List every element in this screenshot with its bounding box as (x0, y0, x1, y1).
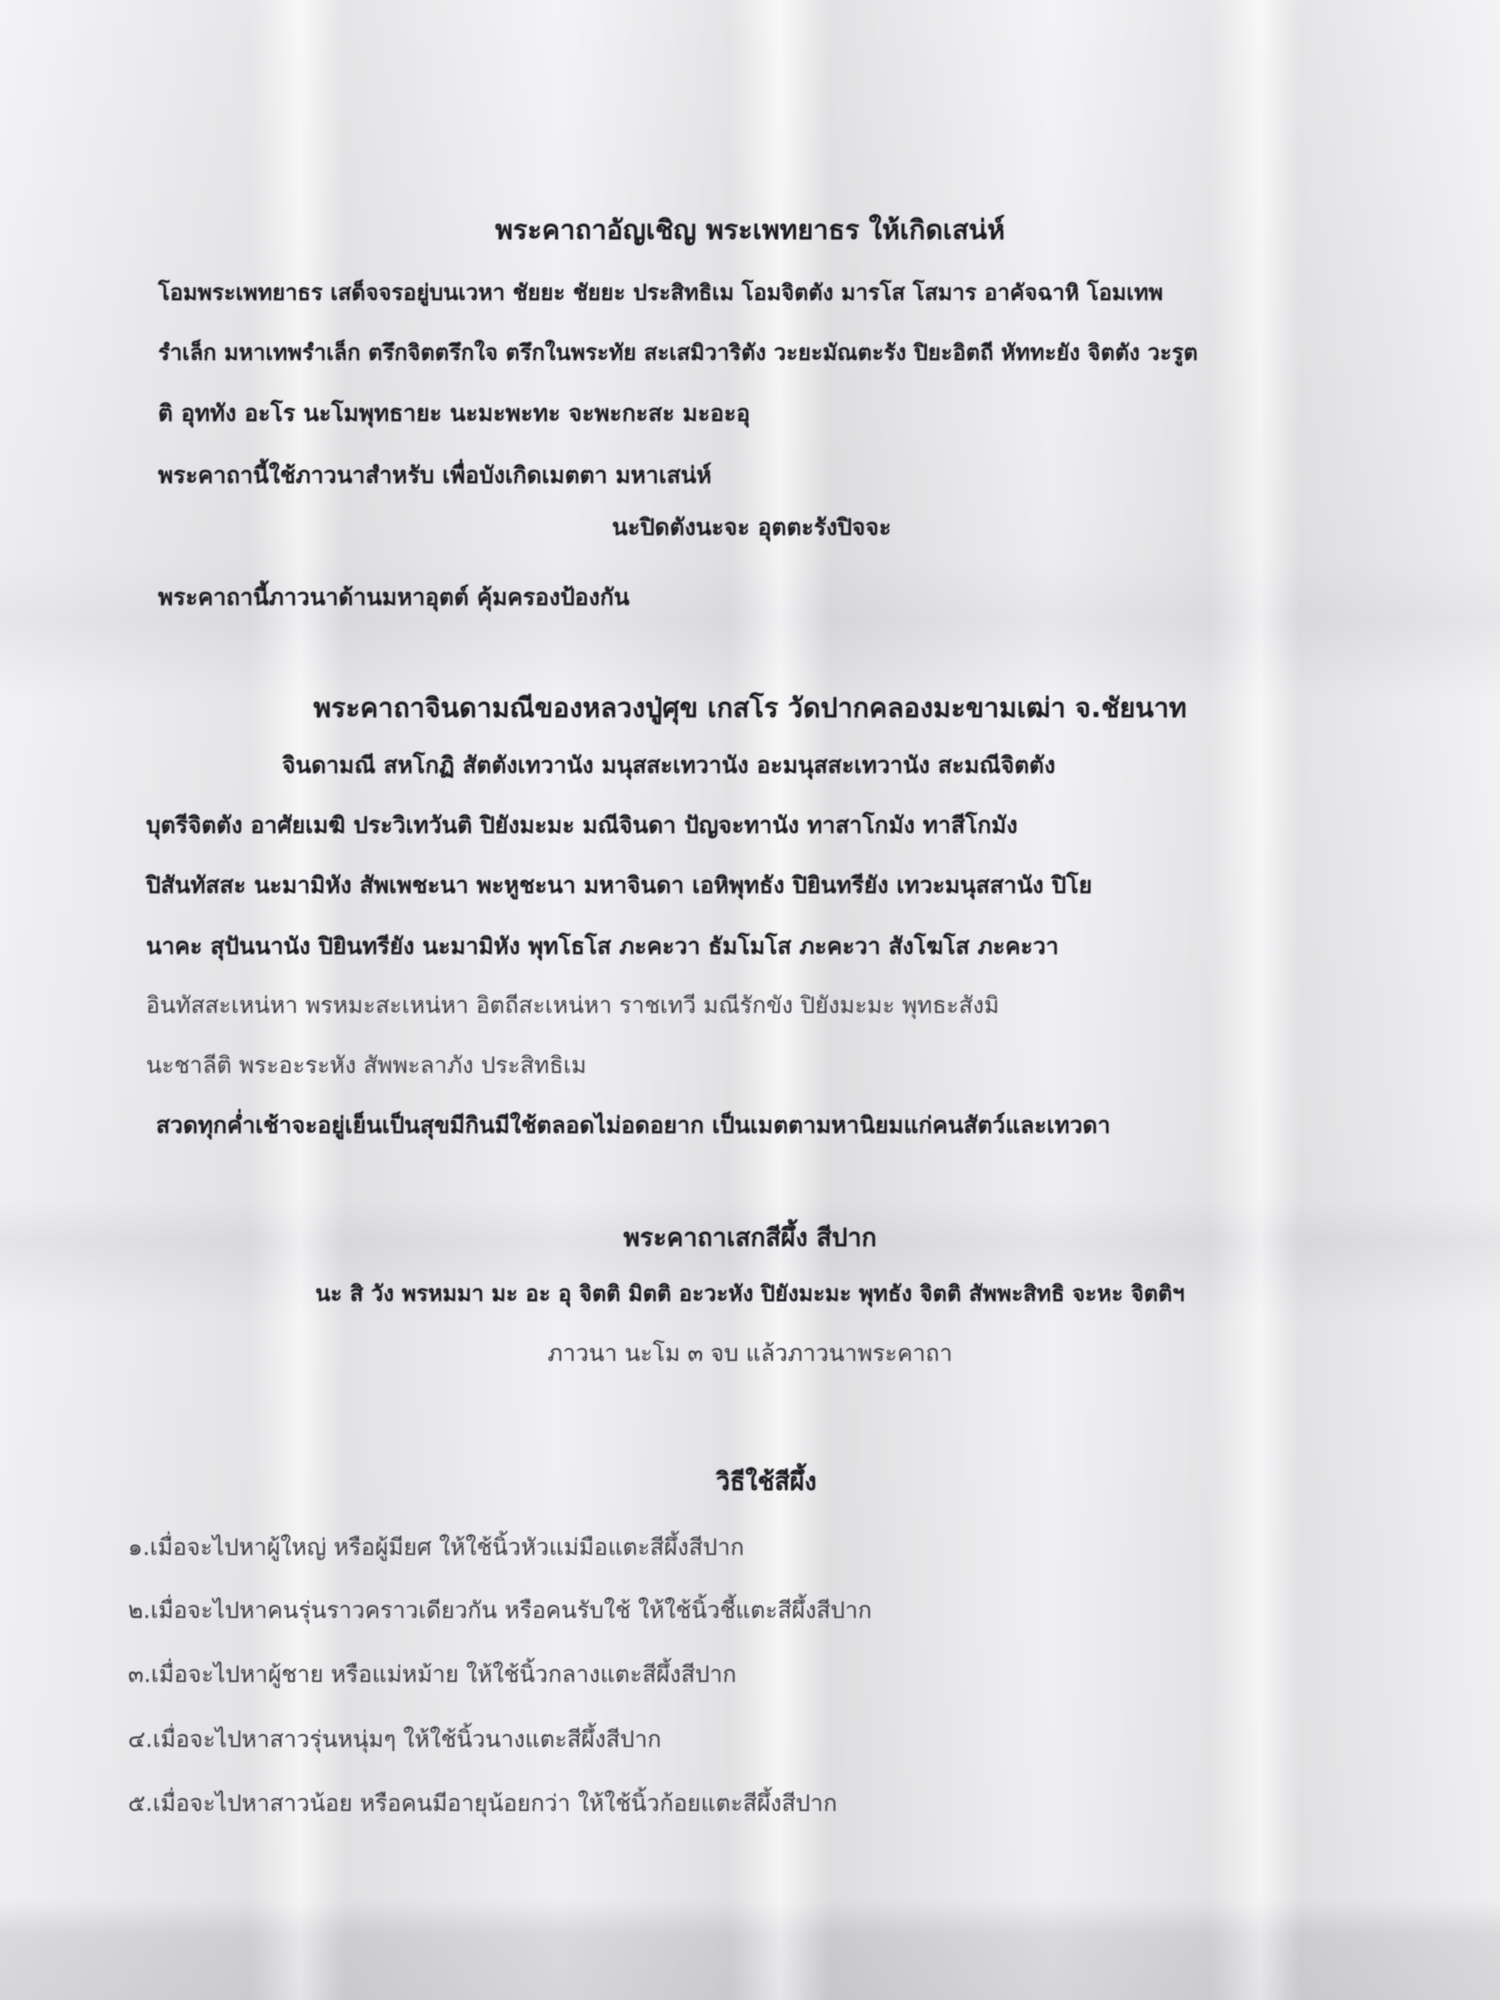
section1-title: พระคาถาอัญเชิญ พระเพทยาธร ให้เกิดเสน่ห์ (0, 208, 1500, 251)
section2-line-2: บุตรีจิตตัง อาศัยเมฆิ ประวิเทวันติ ปิยัง… (146, 808, 1018, 844)
section2-line-4: นาคะ สุปันนานัง ปิยินทรียัง นะมามิหัง พุ… (146, 929, 1059, 965)
section3-title: พระคาถาเสกสีผึ้ง สีปาก (0, 1218, 1500, 1258)
section1-note: พระคาถานี้ใช้ภาวนาสำหรับ เพื่อบังเกิดเมต… (158, 458, 712, 494)
section1-note-2: พระคาถานี้ภาวนาด้านมหาอุตต์ คุ้มครองป้อง… (158, 580, 630, 616)
usage-item-4: ๔.เมื่อจะไปหาสาวรุ่นหนุ่มๆ ให้ใช้นิ้วนาง… (128, 1722, 661, 1758)
section1-line-3: ติ อุททัง อะโร นะโมพุทธายะ นะมะพะทะ จะพะ… (158, 396, 750, 432)
section2-line-6: นะชาลีติ พระอะระหัง สัพพะลาภัง ประสิทธิเ… (146, 1048, 586, 1084)
section3-instruction: ภาวนา นะโม ๓ จบ แล้วภาวนาพระคาถา (0, 1336, 1500, 1372)
usage-item-2: ๒.เมื่อจะไปหาคนรุ่นราวคราวเดียวกัน หรือค… (128, 1593, 872, 1629)
usage-item-5: ๕.เมื่อจะไปหาสาวน้อย หรือคนมีอายุน้อยกว่… (128, 1786, 837, 1822)
section3-chant: นะ สิ วัง พรหมมา มะ อะ อุ จิตติ มิตติ อะ… (0, 1276, 1500, 1311)
section2-note: สวดทุกค่ำเช้าจะอยู่เย็นเป็นสุขมีกินมีใช้… (156, 1108, 1110, 1144)
section1-centered-chant: นะปิดตังนะจะ อุตตะรังปิจจะ (612, 510, 891, 546)
document-page: พระคาถาอัญเชิญ พระเพทยาธร ให้เกิดเสน่ห์ … (0, 0, 1500, 2000)
section2-line-5: อินทัสสะเหน่หา พรหมะสะเหน่หา อิตถีสะเหน่… (146, 988, 999, 1024)
section1-line-1: โอมพระเพทยาธร เสด็จจรอยู่บนเวหา ชัยยะ ชั… (158, 275, 1163, 310)
section2-line-1: จินดามณี สหโกฏิ สัตตังเทวานัง มนุสสะเทวา… (282, 748, 1055, 784)
section2-title: พระคาถาจินดามณีของหลวงปู่ศุข เกสโร วัดปา… (0, 686, 1500, 729)
usage-item-1: ๑.เมื่อจะไปหาผู้ใหญ่ หรือผู้มียศ ให้ใช้น… (128, 1530, 744, 1566)
section2-line-3: ปิสันทัสสะ นะมามิหัง สัพเพชะนา พะหูชะนา … (146, 868, 1092, 904)
section1-line-2: รำเล็ก มหาเทพรำเล็ก ตรึกจิตตรึกใจ ตรึกใน… (158, 335, 1198, 370)
section4-title: วิธีใช้สีผึ้ง (716, 1462, 817, 1502)
usage-item-3: ๓.เมื่อจะไปหาผู้ชาย หรือแม่หม้าย ให้ใช้น… (128, 1657, 736, 1693)
